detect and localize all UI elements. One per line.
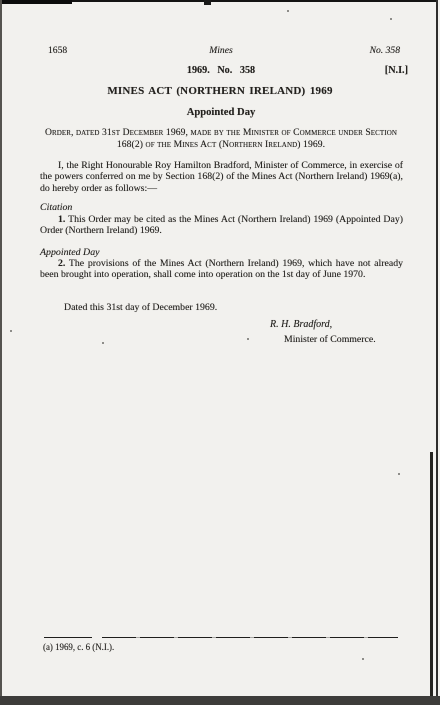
signature-name: R. H. Bradford, xyxy=(270,319,332,330)
section-heading-appointed-day: Appointed Day xyxy=(40,247,100,258)
footnote-text: (a) 1969, c. 6 (N.I.). xyxy=(43,642,114,653)
section-2-paragraph: 2. The provisions of the Mines Act (Nort… xyxy=(40,258,403,281)
footnote-rule-long xyxy=(102,637,398,638)
running-title: Mines xyxy=(40,45,402,56)
signature-role: Minister of Commerce. xyxy=(284,334,376,345)
section-heading-citation: Citation xyxy=(40,202,72,213)
document-page: 1658 Mines No. 358 1969. No. 358 [N.I.] … xyxy=(0,0,440,705)
order-caption: Order, dated 31st December 1969, made by… xyxy=(34,127,408,151)
scan-right-edge-line-lower xyxy=(430,452,433,698)
running-header: 1658 Mines No. 358 xyxy=(40,45,402,58)
section-1-paragraph: 1. This Order may be cited as the Mines … xyxy=(40,214,403,237)
scan-left-edge-line xyxy=(0,0,2,705)
footnote-rule-short xyxy=(44,637,92,638)
section-1-number: 1. xyxy=(58,214,65,225)
section-1-text: This Order may be cited as the Mines Act… xyxy=(40,214,403,236)
ni-classification: [N.I.] xyxy=(372,65,408,76)
scan-speck xyxy=(102,342,104,344)
order-number-line: 1969. No. 358 xyxy=(40,65,402,76)
order-subtitle: Appointed Day xyxy=(40,107,402,118)
section-2-text: The provisions of the Mines Act (Norther… xyxy=(40,258,403,280)
scan-speck xyxy=(398,473,400,475)
scan-bottom-edge-bar xyxy=(0,696,440,705)
scan-top-edge-bar xyxy=(0,0,72,4)
issue-number: No. 358 xyxy=(370,45,400,56)
scan-top-edge-notch xyxy=(204,0,211,5)
scan-right-edge-line xyxy=(436,0,438,700)
scan-speck xyxy=(362,658,364,660)
scan-speck xyxy=(10,330,12,332)
dated-line: Dated this 31st day of December 1969. xyxy=(64,302,217,313)
scan-speck xyxy=(390,18,392,20)
section-2-number: 2. xyxy=(58,258,65,269)
act-title: MINES ACT (NORTHERN IRELAND) 1969 xyxy=(20,86,420,97)
scan-speck xyxy=(287,10,289,12)
scan-speck xyxy=(247,338,249,340)
preamble-paragraph: I, the Right Honourable Roy Hamilton Bra… xyxy=(40,160,403,194)
